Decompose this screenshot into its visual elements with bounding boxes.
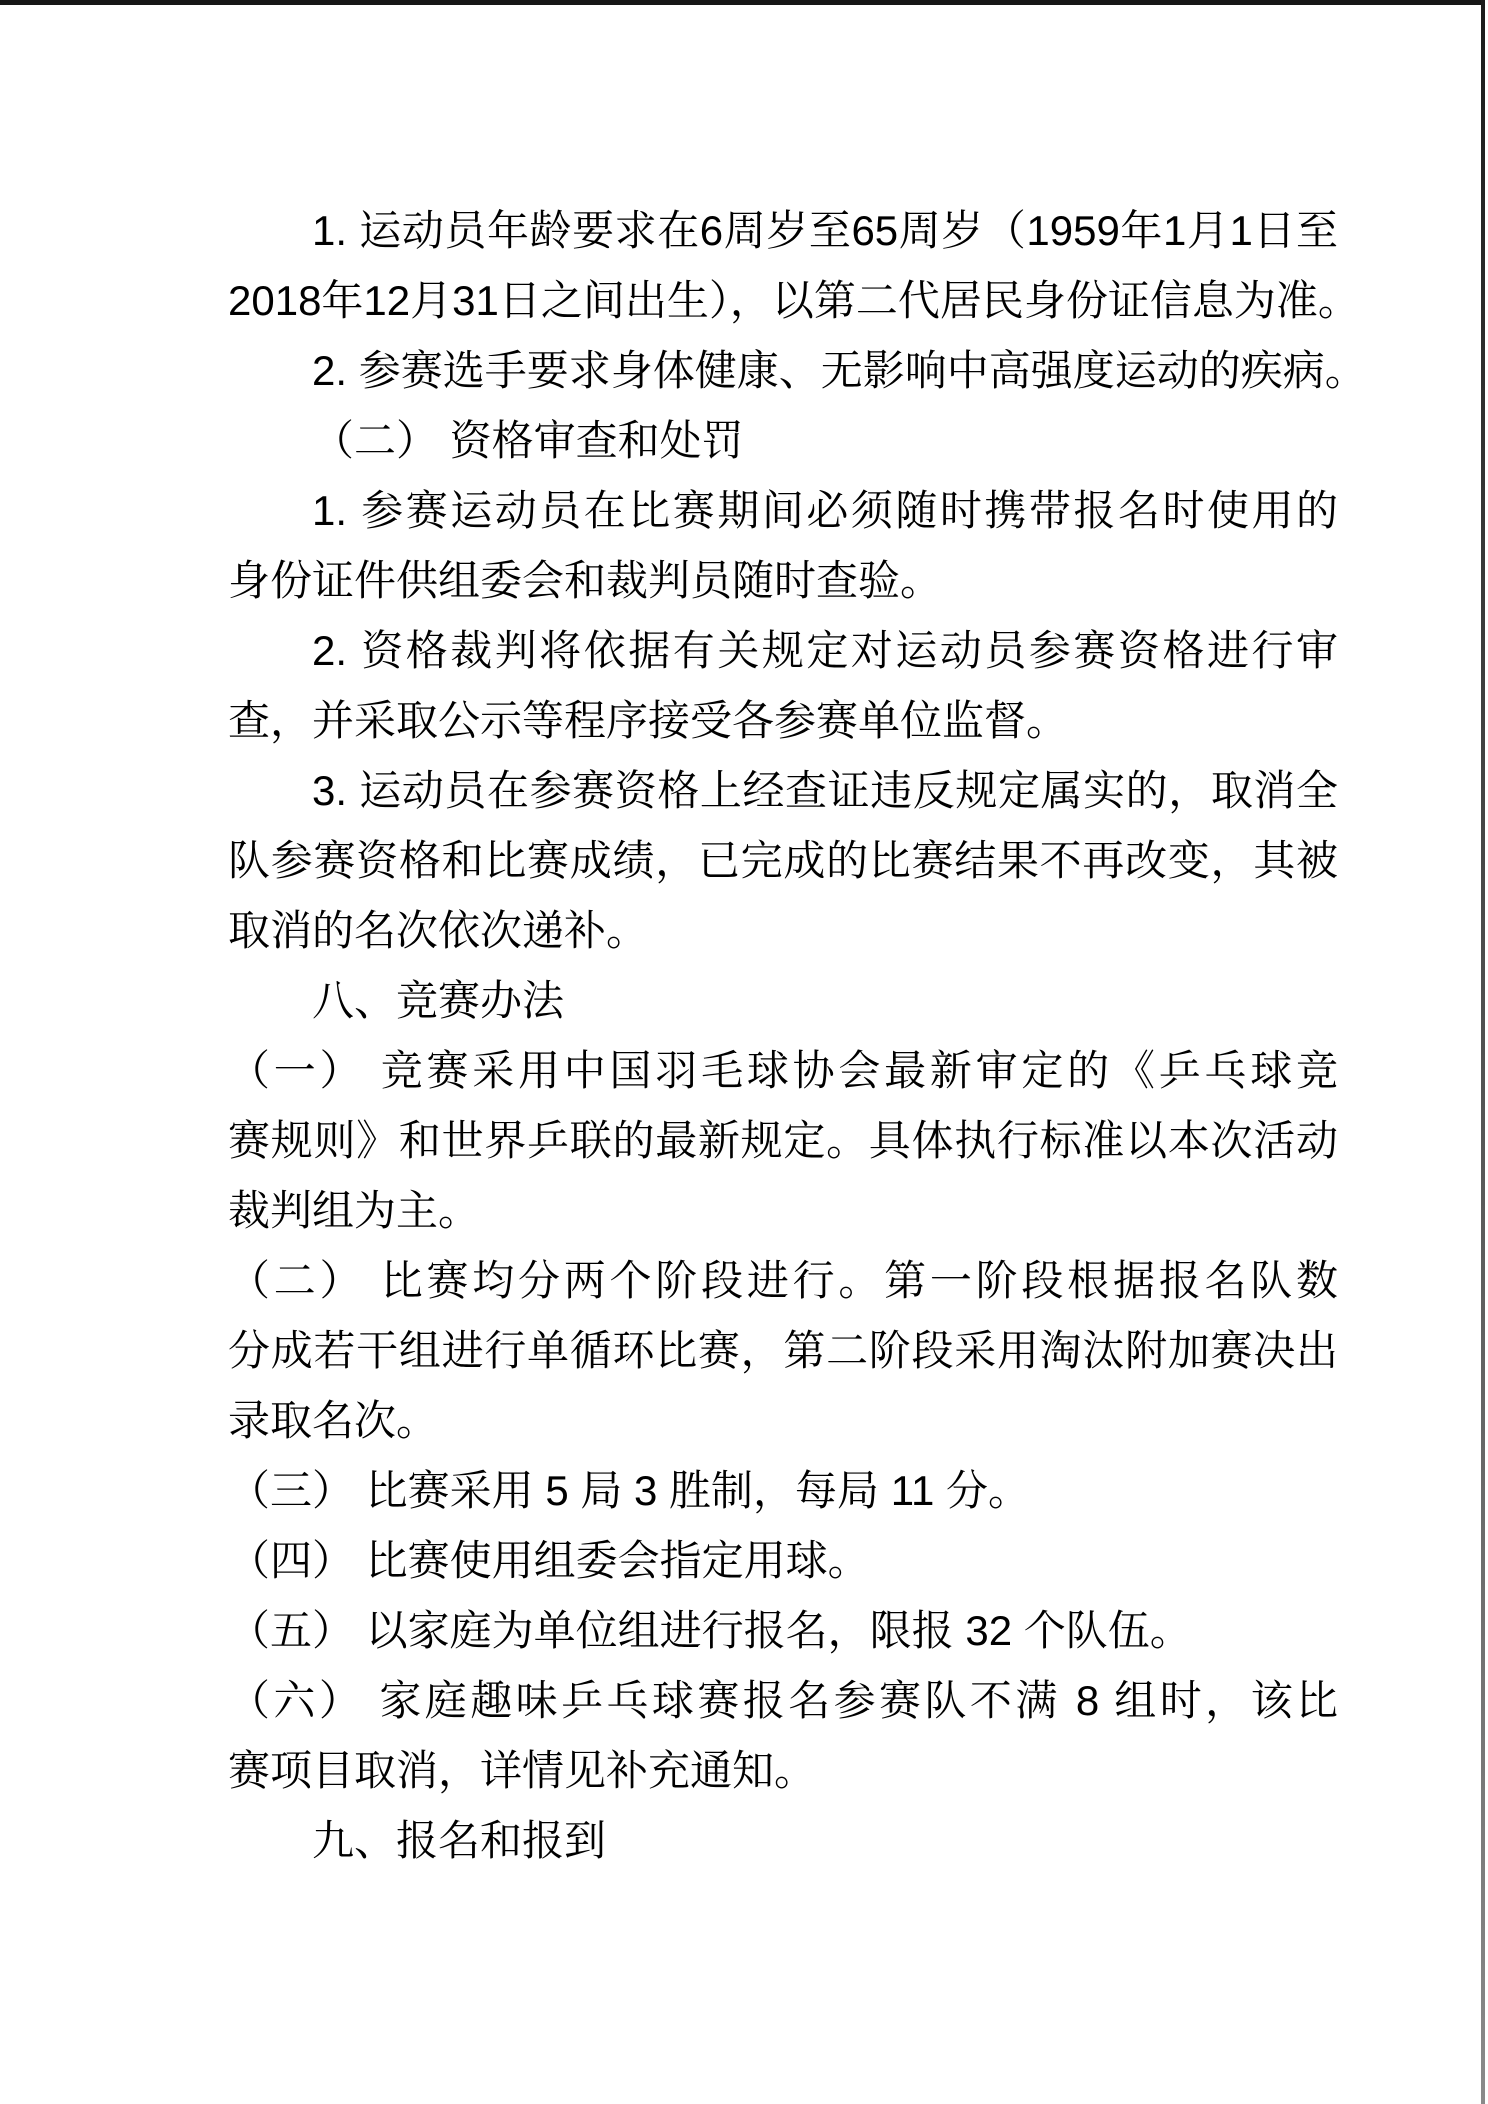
text-line: 3. 运动员在参赛资格上经查证违反规定属实的，取消全 (228, 756, 1338, 826)
document-page: 1. 运动员年龄要求在6周岁至65周岁（1959年1月1日至2018年12月31… (0, 0, 1488, 2104)
text-line: （一） 竞赛采用中国羽毛球协会最新审定的《乒乓球竞 (228, 1036, 1338, 1106)
text-line: （五） 以家庭为单位组进行报名，限报 32 个队伍。 (228, 1596, 1338, 1666)
text-line: （二） 比赛均分两个阶段进行。第一阶段根据报名队数 (228, 1246, 1338, 1316)
right-edge-line (1481, 0, 1485, 2104)
text-line: 查，并采取公示等程序接受各参赛单位监督。 (228, 686, 1338, 756)
text-line: 2. 资格裁判将依据有关规定对运动员参赛资格进行审 (228, 616, 1338, 686)
text-line: 九、报名和报到 (228, 1806, 1338, 1876)
text-line: （四） 比赛使用组委会指定用球。 (228, 1526, 1338, 1596)
text-line: （二） 资格审查和处罚 (228, 406, 1338, 476)
text-line: （六） 家庭趣味乒乓球赛报名参赛队不满 8 组时，该比 (228, 1666, 1338, 1736)
text-line: 分成若干组进行单循环比赛，第二阶段采用淘汰附加赛决出 (228, 1316, 1338, 1386)
text-line: 2. 参赛选手要求身体健康、无影响中高强度运动的疾病。 (228, 336, 1338, 406)
text-line: 1. 参赛运动员在比赛期间必须随时携带报名时使用的 (228, 476, 1338, 546)
document-text-block: 1. 运动员年龄要求在6周岁至65周岁（1959年1月1日至2018年12月31… (228, 196, 1338, 1876)
text-line: 录取名次。 (228, 1386, 1338, 1456)
text-line: 2018年12月31日之间出生），以第二代居民身份证信息为准。 (228, 266, 1338, 336)
text-line: 取消的名次依次递补。 (228, 896, 1338, 966)
text-line: 赛规则》和世界乒联的最新规定。具体执行标准以本次活动 (228, 1106, 1338, 1176)
top-edge-bar (0, 0, 1483, 5)
text-line: 身份证件供组委会和裁判员随时查验。 (228, 546, 1338, 616)
text-line: 八、竞赛办法 (228, 966, 1338, 1036)
text-line: 赛项目取消，详情见补充通知。 (228, 1736, 1338, 1806)
text-line: 裁判组为主。 (228, 1176, 1338, 1246)
text-line: 1. 运动员年龄要求在6周岁至65周岁（1959年1月1日至 (228, 196, 1338, 266)
text-line: 队参赛资格和比赛成绩，已完成的比赛结果不再改变，其被 (228, 826, 1338, 896)
text-line: （三） 比赛采用 5 局 3 胜制，每局 11 分。 (228, 1456, 1338, 1526)
